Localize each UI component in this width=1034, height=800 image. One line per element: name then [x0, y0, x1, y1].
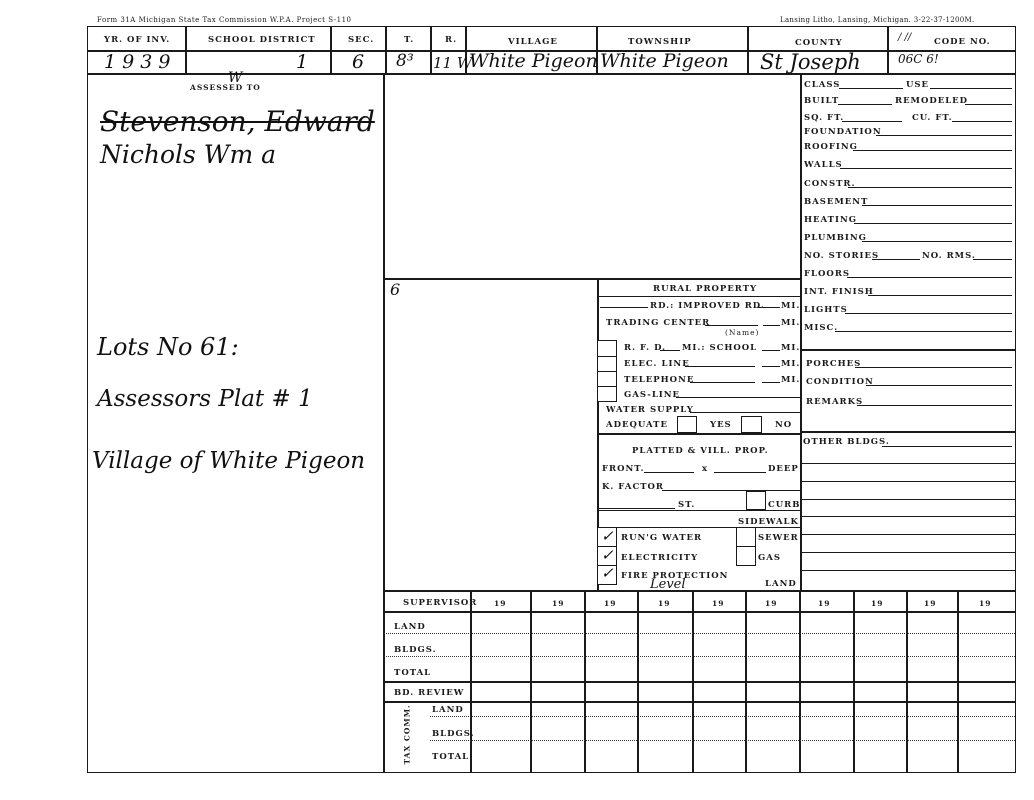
county-label: COUNTY	[795, 38, 843, 48]
other-bldgs-line[interactable]	[800, 552, 1016, 553]
mi-school-label: MI.: SCHOOL	[682, 343, 757, 353]
owner-name[interactable]: Nichols Wm a	[100, 140, 276, 169]
divider	[887, 26, 889, 74]
plumbing-blank[interactable]	[862, 241, 1012, 242]
divider	[383, 611, 1016, 613]
by-label: x	[702, 464, 708, 474]
divider	[745, 590, 747, 773]
sewer-checkbox[interactable]	[736, 527, 756, 547]
built-label: BUILT	[804, 96, 839, 106]
sec-label: SEC.	[348, 35, 374, 45]
basement-blank[interactable]	[862, 205, 1012, 206]
yes-label: YES	[710, 420, 732, 430]
tax-comm-label: TAX COMM.	[403, 715, 412, 765]
no-rms-blank[interactable]	[973, 259, 1012, 260]
roofing-blank[interactable]	[853, 150, 1012, 151]
k-factor-blank[interactable]	[662, 490, 800, 491]
basement-label: BASEMENT	[804, 197, 868, 207]
misc-label: MISC.	[804, 323, 838, 333]
name-hint: (Name)	[725, 328, 759, 337]
other-bldgs-line[interactable]	[800, 516, 1016, 517]
divider	[383, 73, 385, 773]
t-value[interactable]: 8³	[396, 51, 414, 71]
code-no-label: CODE NO.	[934, 37, 991, 47]
rfd-checkbox[interactable]	[597, 340, 617, 357]
no-label: NO	[775, 420, 792, 430]
heating-label: HEATING	[804, 215, 857, 225]
divider	[470, 590, 472, 773]
year-header-8[interactable]: 19	[871, 599, 883, 608]
trading-center-mi-blank[interactable]	[763, 325, 780, 326]
no-rms-label: NO. RMS.	[922, 251, 976, 261]
supervisor-land-label: LAND	[394, 622, 426, 632]
k-factor-label: K. FACTOR	[602, 482, 664, 492]
floors-blank[interactable]	[847, 277, 1012, 278]
st-label: ST.	[678, 500, 695, 510]
supervisor-label: SUPERVISOR	[403, 598, 477, 608]
running-water-check-mark: ✓	[601, 527, 614, 545]
year-header-3[interactable]: 19	[604, 599, 616, 608]
township-number-label: T.	[404, 35, 414, 45]
mi-label: MI.	[781, 359, 800, 369]
no-stories-label: NO. STORIES	[804, 251, 879, 261]
description-village[interactable]: Village of White Pigeon	[92, 448, 365, 474]
gas-line-checkbox[interactable]	[597, 386, 617, 402]
year-header-5[interactable]: 19	[712, 599, 724, 608]
mi-label: MI.	[781, 301, 800, 311]
description-lots[interactable]: Lots No 61:	[97, 333, 239, 361]
mi-label: MI.	[781, 375, 800, 385]
other-bldgs-blank[interactable]	[882, 446, 1012, 447]
supervisor-bldgs-label: BLDGS.	[394, 645, 437, 655]
divider	[747, 26, 749, 74]
adequate-label: ADEQUATE	[606, 420, 668, 430]
county-value[interactable]: St Joseph	[760, 50, 861, 74]
foundation-label: FOUNDATION	[804, 127, 882, 137]
divider	[87, 73, 1016, 75]
electricity-check-mark: ✓	[601, 546, 614, 564]
adequate-no-checkbox[interactable]	[741, 416, 762, 433]
running-water-label: RUN'G WATER	[621, 533, 702, 543]
divider	[692, 590, 694, 773]
year-label: YR. OF INV.	[104, 35, 170, 45]
sq-ft-blank[interactable]	[842, 121, 902, 122]
water-supply-label: WATER SUPPLY	[606, 405, 694, 415]
use-blank[interactable]	[930, 88, 1012, 89]
roofing-label: ROOFING	[804, 142, 858, 152]
divider	[383, 590, 1016, 592]
front-blank[interactable]	[644, 472, 694, 473]
misc-blank[interactable]	[835, 331, 1012, 332]
plumbing-label: PLUMBING	[804, 233, 867, 243]
elec-line-checkbox[interactable]	[597, 356, 617, 372]
cu-ft-label: CU. FT.	[912, 113, 953, 123]
divider	[597, 510, 801, 511]
year-value[interactable]: 1 9 3 9	[104, 51, 170, 73]
water-supply-blank[interactable]	[690, 412, 800, 413]
divider	[185, 26, 187, 74]
floors-label: FLOORS	[804, 269, 850, 279]
telephone-mi-blank[interactable]	[762, 382, 780, 383]
telephone-checkbox[interactable]	[597, 371, 617, 387]
sidewalk-label: SIDEWALK	[738, 517, 799, 527]
remodeled-blank[interactable]	[965, 104, 1012, 105]
remodeled-label: REMODELED	[895, 96, 968, 106]
elec-line-label: ELEC. LINE	[624, 359, 690, 369]
gas-checkbox[interactable]	[736, 546, 756, 566]
adequate-yes-checkbox[interactable]	[677, 416, 697, 433]
divider	[800, 431, 1016, 433]
lights-label: LIGHTS	[804, 305, 848, 315]
dotted-rule	[430, 716, 1015, 717]
supervisor-total-label: TOTAL	[394, 668, 431, 678]
constr-blank[interactable]	[848, 187, 1012, 188]
code-prefix-mark: / //	[898, 32, 911, 43]
curb-checkbox[interactable]	[746, 491, 766, 510]
divider	[584, 590, 586, 773]
remarks-blank[interactable]	[857, 405, 1012, 406]
sketch-note[interactable]: 6	[390, 280, 400, 299]
other-bldgs-line[interactable]	[800, 481, 1016, 482]
class-label: CLASS	[804, 80, 840, 90]
foundation-blank[interactable]	[876, 135, 1012, 136]
rfd-blank[interactable]	[660, 350, 680, 351]
walls-label: WALLS	[804, 160, 843, 170]
remarks-label: REMARKS	[806, 397, 863, 407]
divider	[853, 590, 855, 773]
sec-value[interactable]: 6	[352, 51, 364, 73]
divider	[597, 433, 801, 435]
year-header-4[interactable]: 19	[658, 599, 670, 608]
printer-imprint: Lansing Litho, Lansing, Michigan. 3-22-3…	[780, 16, 975, 24]
year-header-1[interactable]: 19	[494, 599, 506, 608]
other-bldgs-line[interactable]	[800, 534, 1016, 535]
bd-review-label: BD. REVIEW	[394, 688, 464, 698]
use-label: USE	[906, 80, 929, 90]
front-label: FRONT.	[602, 464, 644, 474]
porches-blank[interactable]	[855, 367, 1012, 368]
year-header-9[interactable]: 19	[924, 599, 936, 608]
mi-label: MI.	[781, 343, 800, 353]
heating-blank[interactable]	[854, 223, 1012, 224]
divider	[906, 590, 908, 773]
telephone-blank[interactable]	[690, 382, 755, 383]
electricity-label: ELECTRICITY	[621, 553, 698, 563]
year-header-10[interactable]: 19	[979, 599, 991, 608]
class-blank[interactable]	[839, 88, 903, 89]
village-label: VILLAGE	[508, 37, 558, 47]
rural-property-title: RURAL PROPERTY	[653, 284, 757, 294]
other-bldgs-line[interactable]	[800, 570, 1016, 571]
other-bldgs-label: OTHER BLDGS.	[803, 437, 890, 447]
school-district-value[interactable]: 1	[296, 51, 308, 73]
walls-blank[interactable]	[840, 168, 1012, 169]
lights-blank[interactable]	[845, 313, 1012, 314]
condition-label: CONDITION	[806, 377, 874, 387]
divider	[383, 681, 1016, 683]
trading-center-label: TRADING CENTER	[606, 318, 710, 328]
elec-mi-blank[interactable]	[762, 366, 780, 367]
sq-ft-label: SQ. FT.	[804, 113, 844, 123]
sewer-label: SEWER	[758, 533, 799, 543]
tax-comm-land-label: LAND	[432, 705, 464, 715]
elec-line-blank[interactable]	[685, 366, 755, 367]
dotted-rule	[430, 740, 1015, 741]
divider	[383, 701, 1016, 703]
platted-title: PLATTED & VILL. PROP.	[632, 446, 769, 456]
int-finish-blank[interactable]	[868, 295, 1012, 296]
description-plat[interactable]: Assessors Plat # 1	[97, 386, 313, 412]
rd-blank[interactable]	[600, 307, 648, 308]
no-stories-blank[interactable]	[872, 259, 920, 260]
telephone-label: TELEPHONE	[624, 375, 694, 385]
condition-blank[interactable]	[866, 385, 1012, 386]
cu-ft-blank[interactable]	[952, 121, 1012, 122]
divider	[800, 349, 1016, 351]
divider	[957, 590, 959, 773]
deep-blank[interactable]	[714, 472, 766, 473]
divider	[597, 296, 801, 297]
range-label: R.	[445, 35, 457, 45]
divider	[385, 26, 387, 74]
r-value[interactable]: 11 W	[433, 54, 472, 72]
land-label: LAND	[765, 579, 797, 589]
rd-mi-blank[interactable]	[758, 307, 780, 308]
tax-comm-bldgs-label: BLDGS.	[432, 729, 475, 739]
int-finish-label: INT. FINISH	[804, 287, 874, 297]
village-value[interactable]: White Pigeon	[469, 50, 598, 72]
street-blank[interactable]	[597, 508, 675, 509]
mi-label: MI.	[781, 318, 800, 328]
tax-comm-total-label: TOTAL	[432, 752, 469, 762]
divider	[637, 590, 639, 773]
other-bldgs-line[interactable]	[800, 463, 1016, 464]
year-header-2[interactable]: 19	[552, 599, 564, 608]
owner-struck-name[interactable]: Stevenson, Edward	[100, 105, 375, 138]
assessed-to-label: ASSESSED TO	[190, 83, 261, 92]
divider	[597, 527, 801, 528]
porches-label: PORCHES	[806, 359, 861, 369]
divider	[383, 278, 801, 280]
divider	[799, 590, 801, 773]
divider	[430, 26, 432, 74]
year-header-6[interactable]: 19	[765, 599, 777, 608]
gas-line-blank[interactable]	[676, 397, 800, 398]
divider	[330, 26, 332, 74]
divider	[530, 590, 532, 773]
form-title: Form 31A Michigan State Tax Commission W…	[97, 16, 351, 24]
other-bldgs-line[interactable]	[800, 499, 1016, 500]
curb-label: CURB	[768, 500, 800, 510]
township-value[interactable]: White Pigeon	[600, 50, 729, 72]
divider	[800, 73, 802, 591]
built-blank[interactable]	[838, 104, 892, 105]
school-mi-blank[interactable]	[762, 350, 780, 351]
rfd-label: R. F. D.	[624, 343, 666, 353]
school-district-label: SCHOOL DISTRICT	[208, 35, 316, 45]
gas-line-label: GAS-LINE	[624, 390, 680, 400]
year-header-7[interactable]: 19	[818, 599, 830, 608]
deep-label: DEEP	[768, 464, 799, 474]
township-label: TOWNSHIP	[628, 37, 692, 47]
dotted-rule	[384, 633, 1015, 634]
code-no-value[interactable]: 06C 6!	[898, 52, 939, 66]
rd-label: RD.: IMPROVED RD.	[650, 301, 765, 311]
fire-protection-check-mark: ✓	[601, 564, 614, 582]
gas-label: GAS	[758, 553, 781, 563]
trading-center-blank[interactable]	[705, 325, 758, 326]
dotted-rule	[384, 656, 1015, 657]
